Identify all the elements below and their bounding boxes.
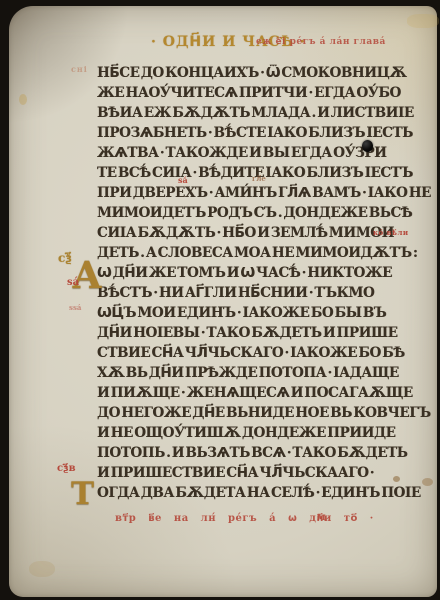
text-line: ДЕТЬ . А СЛОВЕСА МОА НЕ МИМОИДѪТЪ :	[97, 243, 407, 263]
main-text-block: НБ҃СЕ ДО КОНЦАИХЪ · Ѿ СМОКОВНИЦѪ ЖЕ НАОУ…	[97, 63, 407, 503]
text-line: ЖЕ НАОУ́ЧИТЕСѦ ПРИТЧИ · ЕГДА ОУ́БО	[97, 83, 407, 103]
text-line: И НЕ ОЩОУ́ТИШѪ ДОНДЕЖЕ ПРИИДЕ	[97, 423, 407, 443]
text-line: СИІА БѪДѪТЬ · НБ҃О И ЗЕМЛѢ́ МИМОИ	[97, 223, 407, 243]
text-line: НБ҃СЕ ДО КОНЦАИХЪ · Ѿ СМОКОВНИЦѪ	[97, 63, 407, 83]
margin-note-faint: сні	[71, 64, 88, 74]
text-line: Ѡ ДН҃И ЖЕ ТОМЪ И Ѡ ЧАСѢ́ · НИКТОЖЕ	[97, 263, 407, 283]
stain	[19, 94, 27, 105]
margin-lection-mark: сѯ҃в	[57, 463, 76, 474]
text-line: МИМОИДЕТЪ РОДЪ СЪ . ДОНДЕЖЕ ВЬСѢ	[97, 203, 407, 223]
manuscript-photo: · ОДН҃И И ЧАСѢ · еж е҃і ре́гъ а́ ла́н гл…	[0, 0, 440, 600]
text-line: ВѢИА ЕЖ БѪДѪТЬ МЛАДА . И ЛИСТВИІЕ	[97, 103, 407, 123]
stain	[29, 561, 55, 577]
text-line: ПОТОПЬ . И ВЬЗѦТЬ ВСѦ · ТАКО БѪДЕТЬ	[97, 443, 407, 463]
margin-zachalo-mark: ѕа́	[67, 277, 79, 288]
text-line: ВѢ́СТЪ · НИ АГ҃ГЛИ НБ҃СНИИ · ТЪКМО	[97, 283, 407, 303]
text-line: ПРОЗѦБНЕТЬ · ВѢ́СТЕ ІАКО БЛИЗЪ ІЕСТЬ	[97, 123, 407, 143]
interlinear-gloss: гл҃е	[252, 174, 266, 183]
margin-chapter-number-gold: сѯ҃	[58, 251, 72, 265]
text-line: ОГДА ДВА БѪДЕТА НА СЕЛѢ́ · ЕДИНЪ ПОІЕ	[97, 483, 407, 503]
text-line: ДО НЕГОЖЕ ДН҃Е ВЬНИДЕ НОЕ ВЬ КОВЧЕГЪ	[97, 403, 407, 423]
stain	[393, 476, 400, 482]
text-line: ѠЦ҃Ъ МОИ ЕДИНЪ · ІАКОЖЕ БО БЫ ВЪ	[97, 303, 407, 323]
zachalo-superscript-mark: ѕа́	[178, 175, 188, 185]
text-line: ПРИ ДВЕРЕХЪ · АМИ́НЪ ГЛ҃Ѧ ВАМЪ · ІАКО НЕ	[97, 183, 407, 203]
illuminated-initial-t: Т	[71, 477, 94, 511]
parchment-page: · ОДН҃И И ЧАСѢ · еж е҃і ре́гъ а́ ла́н гл…	[9, 6, 437, 597]
stain	[407, 14, 439, 28]
footer-rubric-end-mark: м	[317, 512, 326, 523]
text-line: ЖѦТВА · ТАКОЖДЕ И ВЫ ЕГДА ОУ́ЗРИ	[97, 143, 407, 163]
illuminated-initial-a: А	[72, 255, 102, 295]
text-line: СТВИЕ СН҃А ЧЛ҃ЧЬСКАГО · ІАКОЖЕ БО БѢ	[97, 343, 407, 363]
margin-note-right: ко́ вѣ́ли	[373, 228, 409, 237]
section-reference-rubric: еж е҃і ре́гъ а́ ла́н глава́	[256, 37, 386, 47]
text-line: И ПИѪЩЕ · ЖЕНѦЩЕСѦ И ПОСАГАѪЩЕ	[97, 383, 407, 403]
text-line: ДН҃И НОІЕВЫ · ТАКО БѪДЕТЬ И ПРИШЕ	[97, 323, 407, 343]
stain	[422, 478, 433, 486]
footer-liturgical-rubric: вт҃р в҃е на лн́ ре́гъ а́ ѡ дн҃и то҃ ·	[115, 513, 374, 524]
parchment-hole	[362, 140, 373, 152]
margin-zachalo-mark-faint: ѕѕа́	[69, 303, 81, 312]
text-line: ХѪ ВЬ ДН҃И ПРѢЖДЕ ПОТОПА · ІАДАЩЕ	[97, 363, 407, 383]
text-line: И ПРИШЕСТВИЕ СН҃А ЧЛ҃ЧЬСКААГО ·	[97, 463, 407, 483]
